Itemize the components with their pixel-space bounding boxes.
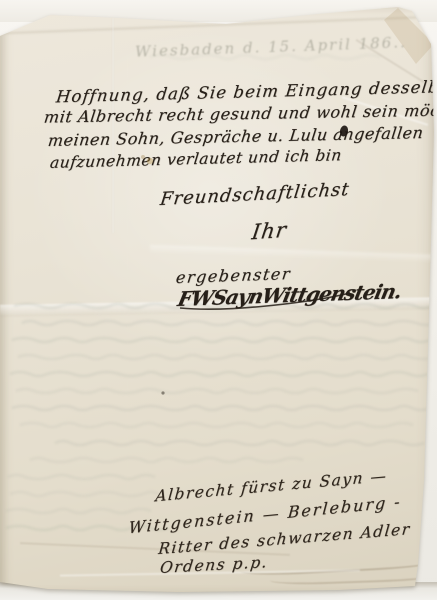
- bleed-through-line: [10, 372, 428, 376]
- speck: [275, 8, 278, 11]
- crease-line: [0, 16, 437, 35]
- bleed-through-line: [12, 338, 430, 342]
- bleed-through-line: [55, 441, 424, 445]
- bleed-through-line: [12, 406, 430, 410]
- letter-body-line: aufzunehmen verlautet und ich bin: [49, 146, 343, 172]
- letter-pronoun: Ihr: [250, 218, 288, 245]
- crease-line: [150, 245, 437, 263]
- bleed-through-line: [8, 475, 155, 479]
- letter-closing: Freundschaftlichst: [159, 179, 351, 210]
- bleed-through-line: [6, 509, 151, 513]
- stacked-sheet-edge: [270, 569, 437, 586]
- speck: [161, 391, 164, 394]
- letter-body-line: meinen Sohn, Gespräche u. Lulu angefalle…: [47, 123, 425, 150]
- aged-paper: Wiesbaden d. 15. April 186.. Hoffnung, d…: [0, 0, 437, 600]
- bleed-through-line: [16, 389, 418, 393]
- bleed-through-line: [30, 458, 303, 462]
- letter-page: Wiesbaden d. 15. April 186.. Hoffnung, d…: [0, 0, 437, 600]
- bleed-through-dateline: Wiesbaden d. 15. April 186..: [135, 33, 407, 60]
- bleed-through-line: [10, 492, 159, 496]
- bleed-through-line: [18, 355, 436, 359]
- annotation-line: Ordens p.p.: [159, 553, 269, 577]
- crease-line: [112, 18, 114, 233]
- bleed-through-line: [22, 321, 437, 325]
- stacked-sheet-edge: [240, 555, 437, 577]
- bleed-through-line: [20, 423, 413, 427]
- photograph-of-letter: Wiesbaden d. 15. April 186.. Hoffnung, d…: [0, 0, 437, 600]
